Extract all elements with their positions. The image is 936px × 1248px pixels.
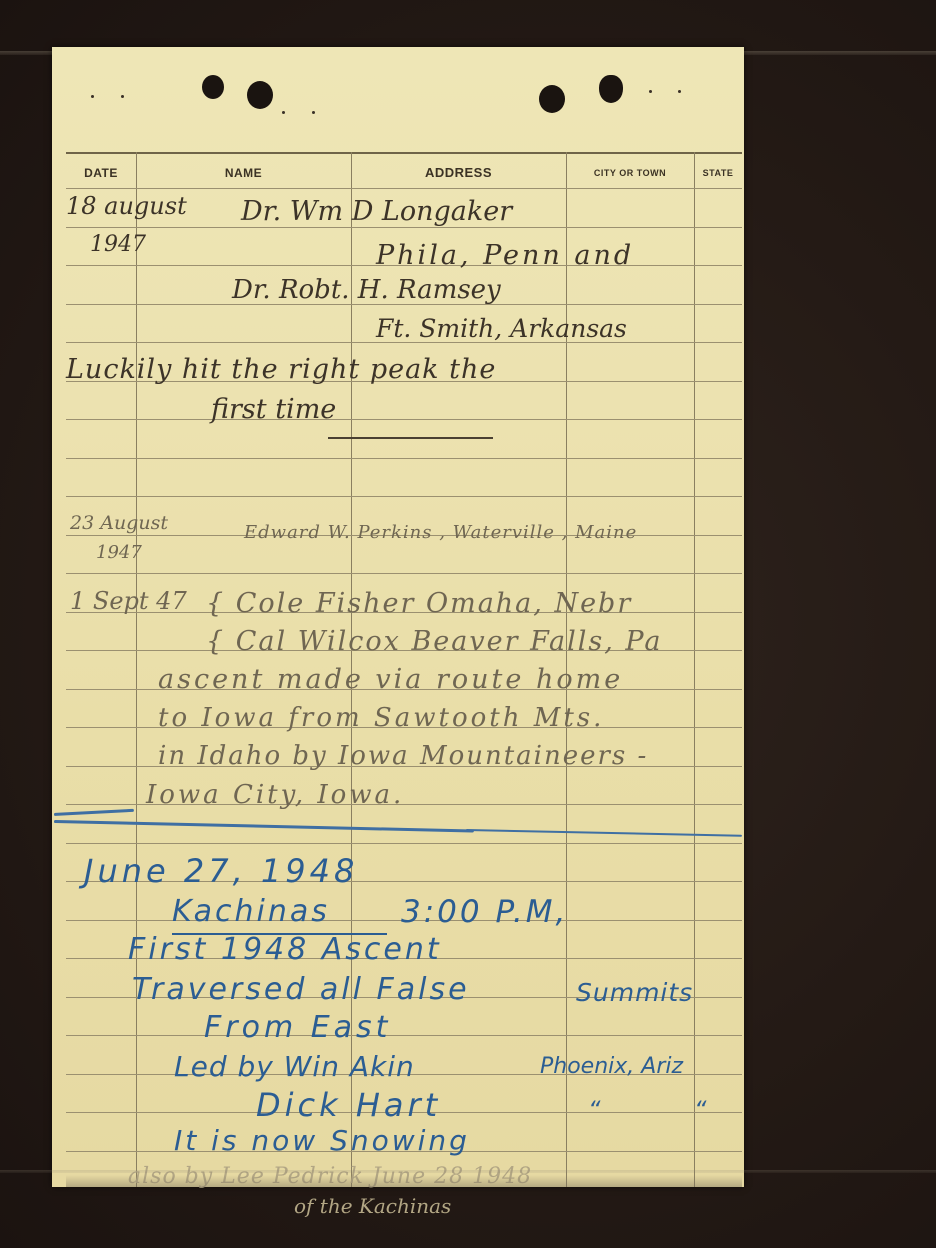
entry-note: to Iowa from Sawtooth Mts. (158, 703, 604, 733)
entry-note: ascent made via route home (158, 664, 623, 695)
blue-divider-stroke (54, 820, 474, 833)
entry-note: first time (211, 394, 336, 425)
entry-note: Summits (576, 978, 693, 1007)
row-rule (66, 843, 742, 844)
row-rule (66, 419, 742, 420)
entry-name: Dr. Robt. H. Ramsey (232, 275, 501, 305)
entry-name: { Cole Fisher Omaha, Nebr (206, 588, 632, 619)
register-table: DATE NAME ADDRESS CITY OR TOWN STATE 1 (66, 152, 742, 1187)
entry-note: Iowa City, Iowa. (146, 780, 404, 810)
column-header-state: STATE (694, 160, 742, 186)
column-header-date: DATE (66, 160, 136, 186)
entry-date-year: 1947 (96, 542, 142, 563)
entry-note-faint: of the Kachinas (294, 1194, 451, 1218)
entry-address: Ft. Smith, Arkansas (376, 314, 627, 343)
row-rule (66, 188, 742, 189)
entry-name: { Cal Wilcox Beaver Falls, Pa (206, 626, 662, 657)
table-top-rule (66, 152, 742, 154)
row-rule (66, 1035, 742, 1036)
column-header-city: CITY OR TOWN (566, 160, 694, 186)
pin-dot (678, 90, 681, 93)
blue-divider-stroke (54, 809, 134, 816)
register-page: DATE NAME ADDRESS CITY OR TOWN STATE 1 (52, 47, 744, 1187)
binder-hole (247, 81, 273, 109)
column-divider (136, 152, 137, 1187)
entry-note: Traversed all False (132, 972, 470, 1007)
entry-date: June 27, 1948 (84, 852, 358, 890)
glass-reflection-bottom (0, 1170, 936, 1173)
binder-hole (539, 85, 565, 113)
entry-city: Phoenix, Ariz (540, 1054, 683, 1079)
entry-date: 1 Sept 47 (70, 587, 187, 615)
row-rule (66, 227, 742, 228)
ditto-mark: “ (588, 1096, 600, 1124)
pin-dot (91, 95, 94, 98)
pin-dot (282, 111, 285, 114)
entry-note: in Idaho by Iowa Mountaineers - (158, 741, 648, 771)
pin-dot (649, 90, 652, 93)
entry-name: Edward W. Perkins , Waterville , Maine (244, 522, 637, 543)
column-header-name: NAME (136, 160, 351, 186)
peak-name: Kachinas (172, 894, 330, 929)
pin-dot (121, 95, 124, 98)
binder-hole (599, 75, 623, 103)
column-header-address: ADDRESS (351, 160, 566, 186)
entry-name: Led by Win Akin (174, 1050, 415, 1083)
entry-date: 23 August (70, 512, 168, 534)
underline-stroke (328, 437, 493, 439)
entry-note: From East (204, 1010, 391, 1045)
binder-hole (202, 75, 224, 99)
row-rule (66, 458, 742, 459)
entry-note: First 1948 Ascent (128, 932, 442, 967)
entry-note: It is now Snowing (174, 1124, 470, 1157)
ditto-mark: “ (694, 1096, 706, 1124)
entry-address: Phila, Penn and (376, 240, 634, 271)
entry-time: 3:00 P.M, (401, 894, 568, 930)
row-rule (66, 496, 742, 497)
page-bottom-shadow (66, 1175, 742, 1187)
entry-name: Dick Hart (256, 1086, 441, 1124)
entry-date: 18 august (66, 192, 187, 220)
blue-divider-stroke (466, 829, 742, 837)
page-header-band (66, 47, 744, 152)
entry-date-year: 1947 (90, 232, 146, 257)
column-divider (694, 152, 695, 1187)
entry-note: Luckily hit the right peak the (66, 354, 496, 385)
entry-name: Dr. Wm D Longaker (241, 196, 512, 227)
pin-dot (312, 111, 315, 114)
row-rule (66, 573, 742, 574)
